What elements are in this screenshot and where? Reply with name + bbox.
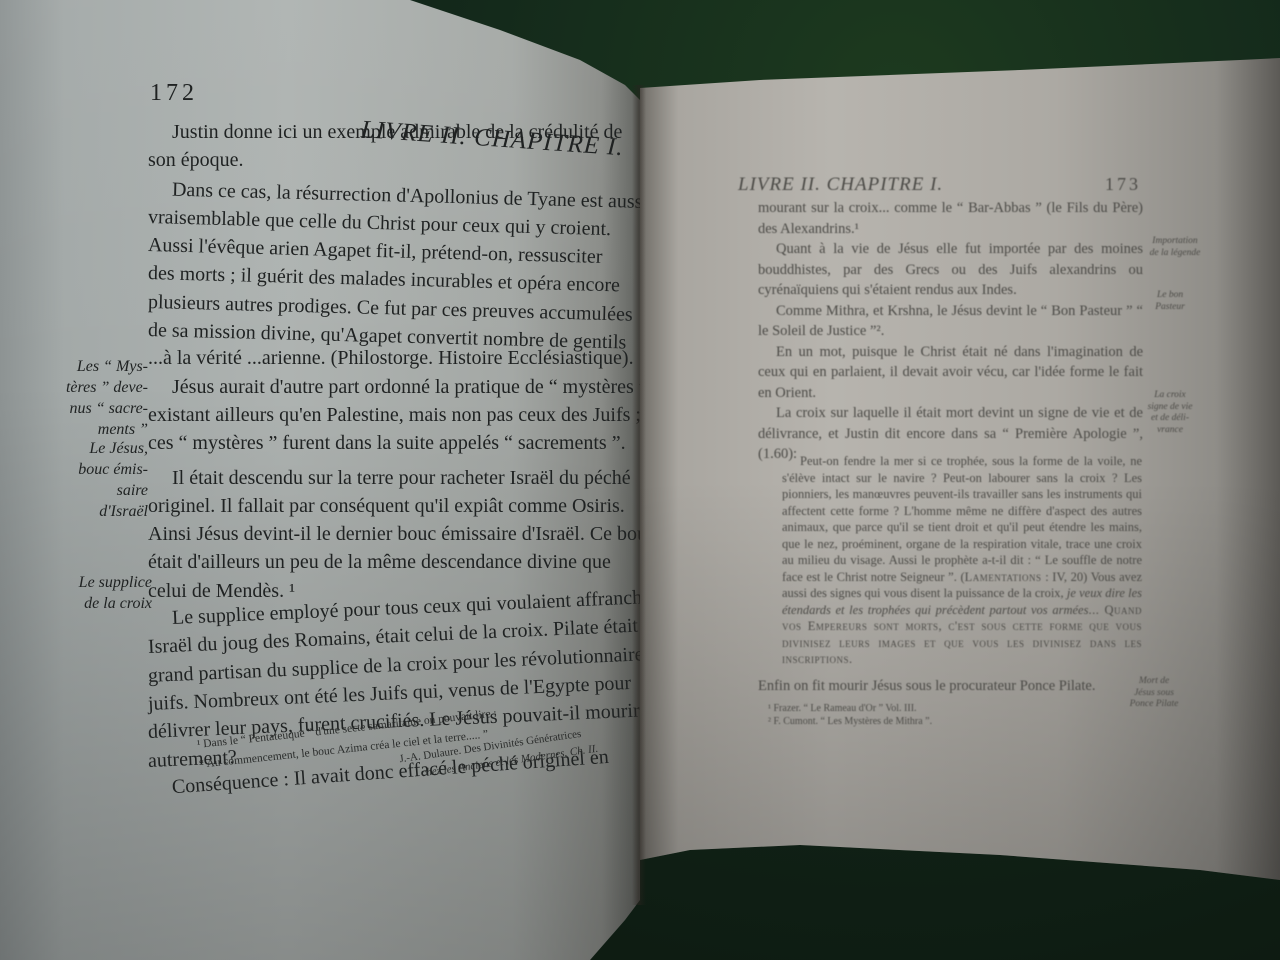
note-line: et de déli- — [1138, 413, 1202, 425]
marginal-note-croix: La croix signe de vie et de déli- vrance — [1138, 390, 1202, 436]
quote-source: Lamentations — [965, 570, 1042, 584]
marginal-note-importation: Importation de la légende — [1140, 236, 1210, 259]
text-line: ces “ mystères ” furent dans la suite ap… — [148, 429, 598, 457]
text-line: existant ailleurs qu'en Palestine, mais … — [148, 401, 598, 429]
text-line: Jésus aurait d'autre part ordonné la pra… — [148, 373, 598, 401]
right-page-body: mourant sur la croix... comme le “ Bar-A… — [758, 198, 1143, 465]
footnote-line: ¹ Frazer. “ Le Rameau d'Or ” Vol. III. — [768, 702, 932, 715]
paragraph: Jésus aurait d'autre part ordonné la pra… — [148, 373, 598, 458]
marginal-note-bon-pasteur: Le bon Pasteur — [1140, 290, 1200, 313]
note-line: tères ” deve- — [56, 377, 148, 398]
marginal-note-supplice: Le supplice de la croix — [56, 572, 152, 614]
paragraph: Dans ce cas, la résurrection d'Apolloniu… — [148, 175, 598, 373]
book-gutter — [632, 85, 646, 905]
note-line: Le Jésus, — [56, 438, 148, 459]
right-running-head: LIVRE II. CHAPITRE I. — [738, 174, 943, 196]
note-line: nus “ sacre- — [56, 398, 148, 419]
text-line: Ainsi Jésus devint-il le dernier bouc ém… — [148, 520, 598, 548]
note-line: saire — [56, 480, 148, 501]
text-line: son époque. — [148, 146, 598, 174]
note-line: Le bon — [1140, 290, 1200, 302]
paragraph: En un mot, puisque le Christ était né da… — [758, 342, 1143, 404]
note-line: Mort de — [1124, 676, 1184, 688]
paragraph: Quant à la vie de Jésus elle fut importé… — [758, 239, 1143, 301]
note-line: Jésus sous — [1124, 688, 1184, 700]
paragraph: Justin donne ici un exemple admirable de… — [148, 118, 598, 175]
note-line: Le supplice — [56, 572, 152, 593]
quote-text: Peut-on fendre la mer si ce trophée, sou… — [782, 454, 1142, 584]
block-quote-justin: Peut-on fendre la mer si ce trophée, sou… — [782, 453, 1142, 668]
note-line: bouc émis- — [56, 459, 148, 480]
paragraph: Comme Mithra, et Krshna, le Jésus devint… — [758, 301, 1143, 342]
quote-paragraph: Peut-on fendre la mer si ce trophée, sou… — [782, 453, 1142, 668]
note-line: La croix — [1138, 390, 1202, 402]
marginal-note-mysteres: Les “ Mys- tères ” deve- nus “ sacre- me… — [56, 356, 148, 440]
right-footnotes: ¹ Frazer. “ Le Rameau d'Or ” Vol. III. ²… — [768, 702, 932, 728]
closing-line: Enfin on fit mourir Jésus sous le procur… — [758, 678, 1095, 695]
note-line: Les “ Mys- — [56, 356, 148, 377]
footnote-line: ² F. Cumont. “ Les Mystères de Mithra ”. — [768, 715, 932, 728]
text-line: était d'ailleurs un peu de la même desce… — [148, 548, 598, 576]
paragraph: Il était descendu sur la terre pour rach… — [148, 464, 598, 605]
note-line: ments ” — [56, 419, 148, 440]
note-line: Ponce Pilate — [1124, 699, 1184, 711]
note-line: d'Israël — [56, 501, 148, 522]
text-line: originel. Il fallait par conséquent qu'i… — [148, 492, 598, 520]
text-line: Il était descendu sur la terre pour rach… — [148, 464, 598, 492]
paragraph: mourant sur la croix... comme le “ Bar-A… — [758, 198, 1143, 239]
text-line: Justin donne ici un exemple admirable de… — [148, 118, 372, 146]
note-line: de la croix — [56, 593, 152, 614]
paragraph: Conséquence : Il avait donc effacé le pé… — [148, 775, 598, 803]
marginal-note-mort-jesus: Mort de Jésus sous Ponce Pilate — [1124, 676, 1184, 711]
note-line: signe de vie — [1138, 402, 1202, 414]
note-line: de la légende — [1140, 248, 1210, 260]
right-page-number: 173 — [1105, 174, 1141, 195]
marginal-note-bouc-emissaire: Le Jésus, bouc émis- saire d'Israël — [56, 438, 148, 522]
note-line: vrance — [1138, 425, 1202, 437]
note-line: Pasteur — [1140, 302, 1200, 314]
left-page-number: 172 — [150, 80, 198, 107]
note-line: Importation — [1140, 236, 1210, 248]
